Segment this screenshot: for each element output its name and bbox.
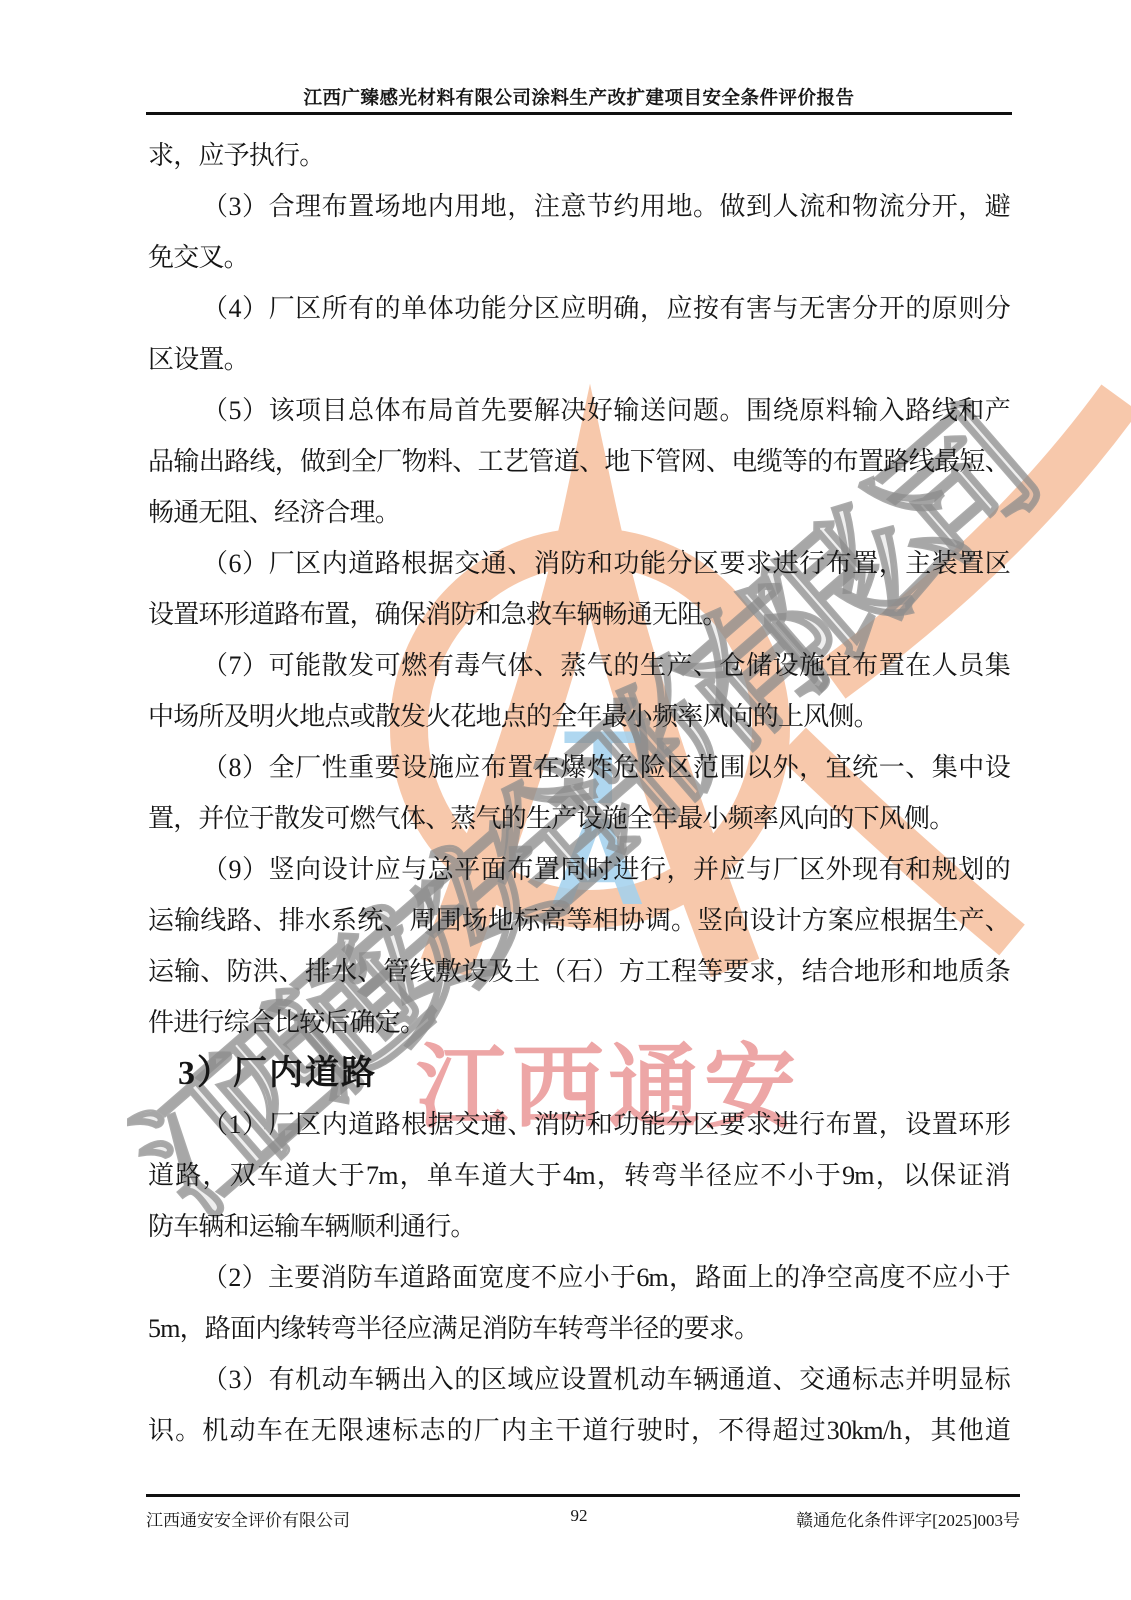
body-line: 品输出路线，做到全厂物料、工艺管道、地下管网、电缆等的布置路线最短、 bbox=[148, 436, 1010, 487]
body-line: （5）该项目总体布局首先要解决好输送问题。围绕原料输入路线和产 bbox=[148, 385, 1010, 436]
body-line: 置，并位于散发可燃气体、蒸气的生产设施全年最小频率风向的下风侧。 bbox=[148, 793, 1010, 844]
footer-divider bbox=[146, 1494, 1020, 1497]
document-page: T A 江西通安安全评价有限公司 江西通安 江西广臻感光材料有限公司涂料生产改扩… bbox=[0, 0, 1131, 1600]
footer-doc-number: 赣通危化条件评字[2025]003号 bbox=[796, 1506, 1020, 1531]
body-line: 求，应予执行。 bbox=[148, 130, 1010, 181]
body-line: 运输线路、排水系统、周围场地标高等相协调。竖向设计方案应根据生产、 bbox=[148, 895, 1010, 946]
body-line: （1）厂区内道路根据交通、消防和功能分区要求进行布置，设置环形 bbox=[148, 1099, 1010, 1150]
header-divider bbox=[146, 112, 1012, 115]
body-line: （8）全厂性重要设施应布置在爆炸危险区范围以外，宜统一、集中设 bbox=[148, 742, 1010, 793]
body-line: （2）主要消防车道路面宽度不应小于6m，路面上的净空高度不应小于 bbox=[148, 1252, 1010, 1303]
body-line: 设置环形道路布置，确保消防和急救车辆畅通无阻。 bbox=[148, 589, 1010, 640]
body-line: 件进行综合比较后确定。 bbox=[148, 997, 1010, 1048]
section-heading: 3）厂内道路 bbox=[148, 1048, 1010, 1099]
page-content: 江西广臻感光材料有限公司涂料生产改扩建项目安全条件评价报告 求，应予执行。 （3… bbox=[0, 0, 1131, 1600]
report-header-title: 江西广臻感光材料有限公司涂料生产改扩建项目安全条件评价报告 bbox=[146, 84, 1012, 110]
body-line: 区设置。 bbox=[148, 334, 1010, 385]
body-line: 畅通无阻、经济合理。 bbox=[148, 487, 1010, 538]
body-line: 中场所及明火地点或散发火花地点的全年最小频率风向的上风侧。 bbox=[148, 691, 1010, 742]
body-line: 运输、防洪、排水、管线敷设及土（石）方工程等要求，结合地形和地质条 bbox=[148, 946, 1010, 997]
body-text: 求，应予执行。 （3）合理布置场地内用地，注意节约用地。做到人流和物流分开，避 … bbox=[148, 130, 1010, 1456]
body-line: （9）竖向设计应与总平面布置同时进行，并应与厂区外现有和规划的 bbox=[148, 844, 1010, 895]
body-line: 识。机动车在无限速标志的厂内主干道行驶时，不得超过30km/h，其他道 bbox=[148, 1405, 1010, 1456]
body-line: 免交叉。 bbox=[148, 232, 1010, 283]
body-line: （3）合理布置场地内用地，注意节约用地。做到人流和物流分开，避 bbox=[148, 181, 1010, 232]
body-line: 防车辆和运输车辆顺利通行。 bbox=[148, 1201, 1010, 1252]
body-line: （6）厂区内道路根据交通、消防和功能分区要求进行布置，主装置区 bbox=[148, 538, 1010, 589]
body-line: （4）厂区所有的单体功能分区应明确，应按有害与无害分开的原则分 bbox=[148, 283, 1010, 334]
body-line: （3）有机动车辆出入的区域应设置机动车辆通道、交通标志并明显标 bbox=[148, 1354, 1010, 1405]
body-line: （7）可能散发可燃有毒气体、蒸气的生产、仓储设施宜布置在人员集 bbox=[148, 640, 1010, 691]
body-line: 5m，路面内缘转弯半径应满足消防车转弯半径的要求。 bbox=[148, 1303, 1010, 1354]
body-line: 道路，双车道大于7m，单车道大于4m，转弯半径应不小于9m，以保证消 bbox=[148, 1150, 1010, 1201]
